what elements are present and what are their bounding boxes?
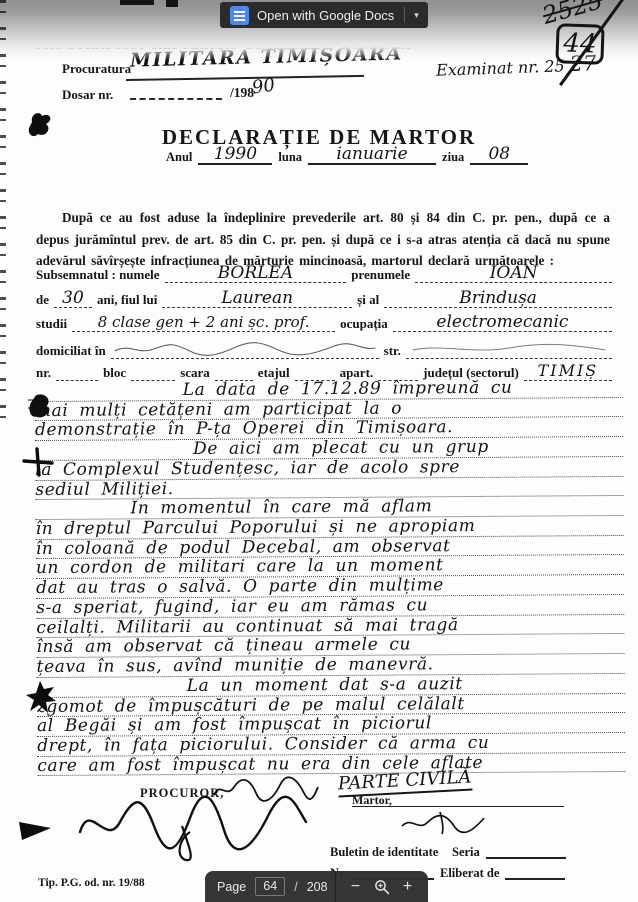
de-label: de xyxy=(36,292,54,308)
dosar-blank-line xyxy=(130,98,222,100)
studii-label: studii xyxy=(36,316,72,332)
mother-value: Brindușa xyxy=(459,290,537,306)
dosar-year-printed: /198 xyxy=(230,85,254,101)
page-label: Page xyxy=(217,880,246,894)
anul-label: Anul xyxy=(166,150,192,165)
viewer-toolbar: Page 64 / 208 − + xyxy=(205,871,428,902)
zoom-out-button[interactable]: − xyxy=(343,871,369,902)
zoom-in-button[interactable]: + xyxy=(395,871,421,902)
apart-label: apart. xyxy=(335,365,379,381)
open-with-label: Open with Google Docs xyxy=(257,8,394,23)
cross-mark xyxy=(22,447,54,477)
fiul-label: ani, fiul lui xyxy=(92,292,162,308)
open-with-bar: Open with Google Docs ▾ xyxy=(220,2,428,28)
ink-blot xyxy=(28,392,54,422)
chevron-down-icon[interactable]: ▾ xyxy=(405,10,428,21)
ink-blot xyxy=(26,110,54,142)
form-row-studies: studii 8 clase gen + 2 ani șc. prof. ocu… xyxy=(36,314,612,332)
anul-value: 1990 xyxy=(214,146,257,163)
prenumele-label: prenumele xyxy=(346,267,415,283)
seria-blank-line xyxy=(486,857,566,859)
page-separator: / xyxy=(294,880,297,894)
dosar-year-handwritten: 90 xyxy=(251,75,277,99)
scan-mark xyxy=(166,0,178,7)
seria-label: Seria xyxy=(452,845,480,860)
procuror-signature xyxy=(72,792,312,864)
procuratura-label: Procuratura xyxy=(62,61,131,77)
magnifier-icon[interactable] xyxy=(369,879,395,895)
domiciliat-label: domiciliat în xyxy=(36,343,111,359)
subsemnatul-label: Subsemnatul : numele xyxy=(36,267,165,283)
martor-line xyxy=(352,806,564,807)
si-al-label: și al xyxy=(352,292,384,308)
page-number-input[interactable]: 64 xyxy=(255,877,285,896)
open-with-google-docs-button[interactable]: Open with Google Docs xyxy=(220,2,404,28)
luna-value: ianuarie xyxy=(336,146,407,163)
declaration-line: care am fost împușcat nu era din cele af… xyxy=(37,753,625,777)
ziua-label: ziua xyxy=(442,150,464,165)
bloc-label: bloc xyxy=(98,365,131,381)
toolbar-divider xyxy=(335,871,336,902)
street-handwriting-squiggle xyxy=(406,339,612,357)
nr-label: nr. xyxy=(36,365,56,381)
ocupatia-value: electromecanic xyxy=(436,314,568,330)
str-label: str. xyxy=(379,343,406,359)
etajul-label: etajul xyxy=(253,365,295,381)
ink-blot xyxy=(18,812,52,842)
form-print-code: Tip. P.G. od. nr. 19/88 xyxy=(38,877,145,889)
form-row-parents: de 30 ani, fiul lui Laurean și al Brindu… xyxy=(36,290,612,308)
judetul-value: TIMIȘ xyxy=(538,363,599,379)
domiciliat-handwriting-squiggle xyxy=(111,339,379,357)
father-value: Laurean xyxy=(221,290,293,306)
prenumele-value: IOAN xyxy=(490,265,538,281)
eliberat-blank-line xyxy=(505,878,565,880)
martor-signature xyxy=(398,808,488,838)
date-row: Anul 1990 luna ianuarie ziua 08 xyxy=(166,146,528,165)
declaration-body: La data de 17.12.89 împreună cu mai mulț… xyxy=(35,378,626,776)
google-docs-icon xyxy=(230,6,249,25)
underline xyxy=(126,75,364,81)
buletin-label: Buletin de identitate xyxy=(330,845,438,860)
oath-paragraph: După ce au fost aduse la îndeplinire pre… xyxy=(36,207,610,272)
dosar-label: Dosar nr. xyxy=(62,87,113,103)
scara-label: scara xyxy=(175,365,215,381)
numele-value: BORLEA xyxy=(218,265,294,281)
form-row-name: Subsemnatul : numele BORLEA prenumele IO… xyxy=(36,265,612,283)
eliberat-label: Eliberat de xyxy=(440,866,499,881)
scan-edge-specks xyxy=(0,0,6,430)
ziua-value: 08 xyxy=(488,146,510,163)
scan-mark xyxy=(120,0,154,5)
luna-label: luna xyxy=(278,150,302,165)
ink-blot xyxy=(26,681,56,715)
total-pages: 208 xyxy=(307,880,328,894)
form-row-address: domiciliat în str. xyxy=(36,339,612,359)
age-value: 30 xyxy=(62,290,84,306)
ocupatia-label: ocupația xyxy=(335,316,393,332)
studii-value: 8 clase gen + 2 ani șc. prof. xyxy=(98,314,310,330)
